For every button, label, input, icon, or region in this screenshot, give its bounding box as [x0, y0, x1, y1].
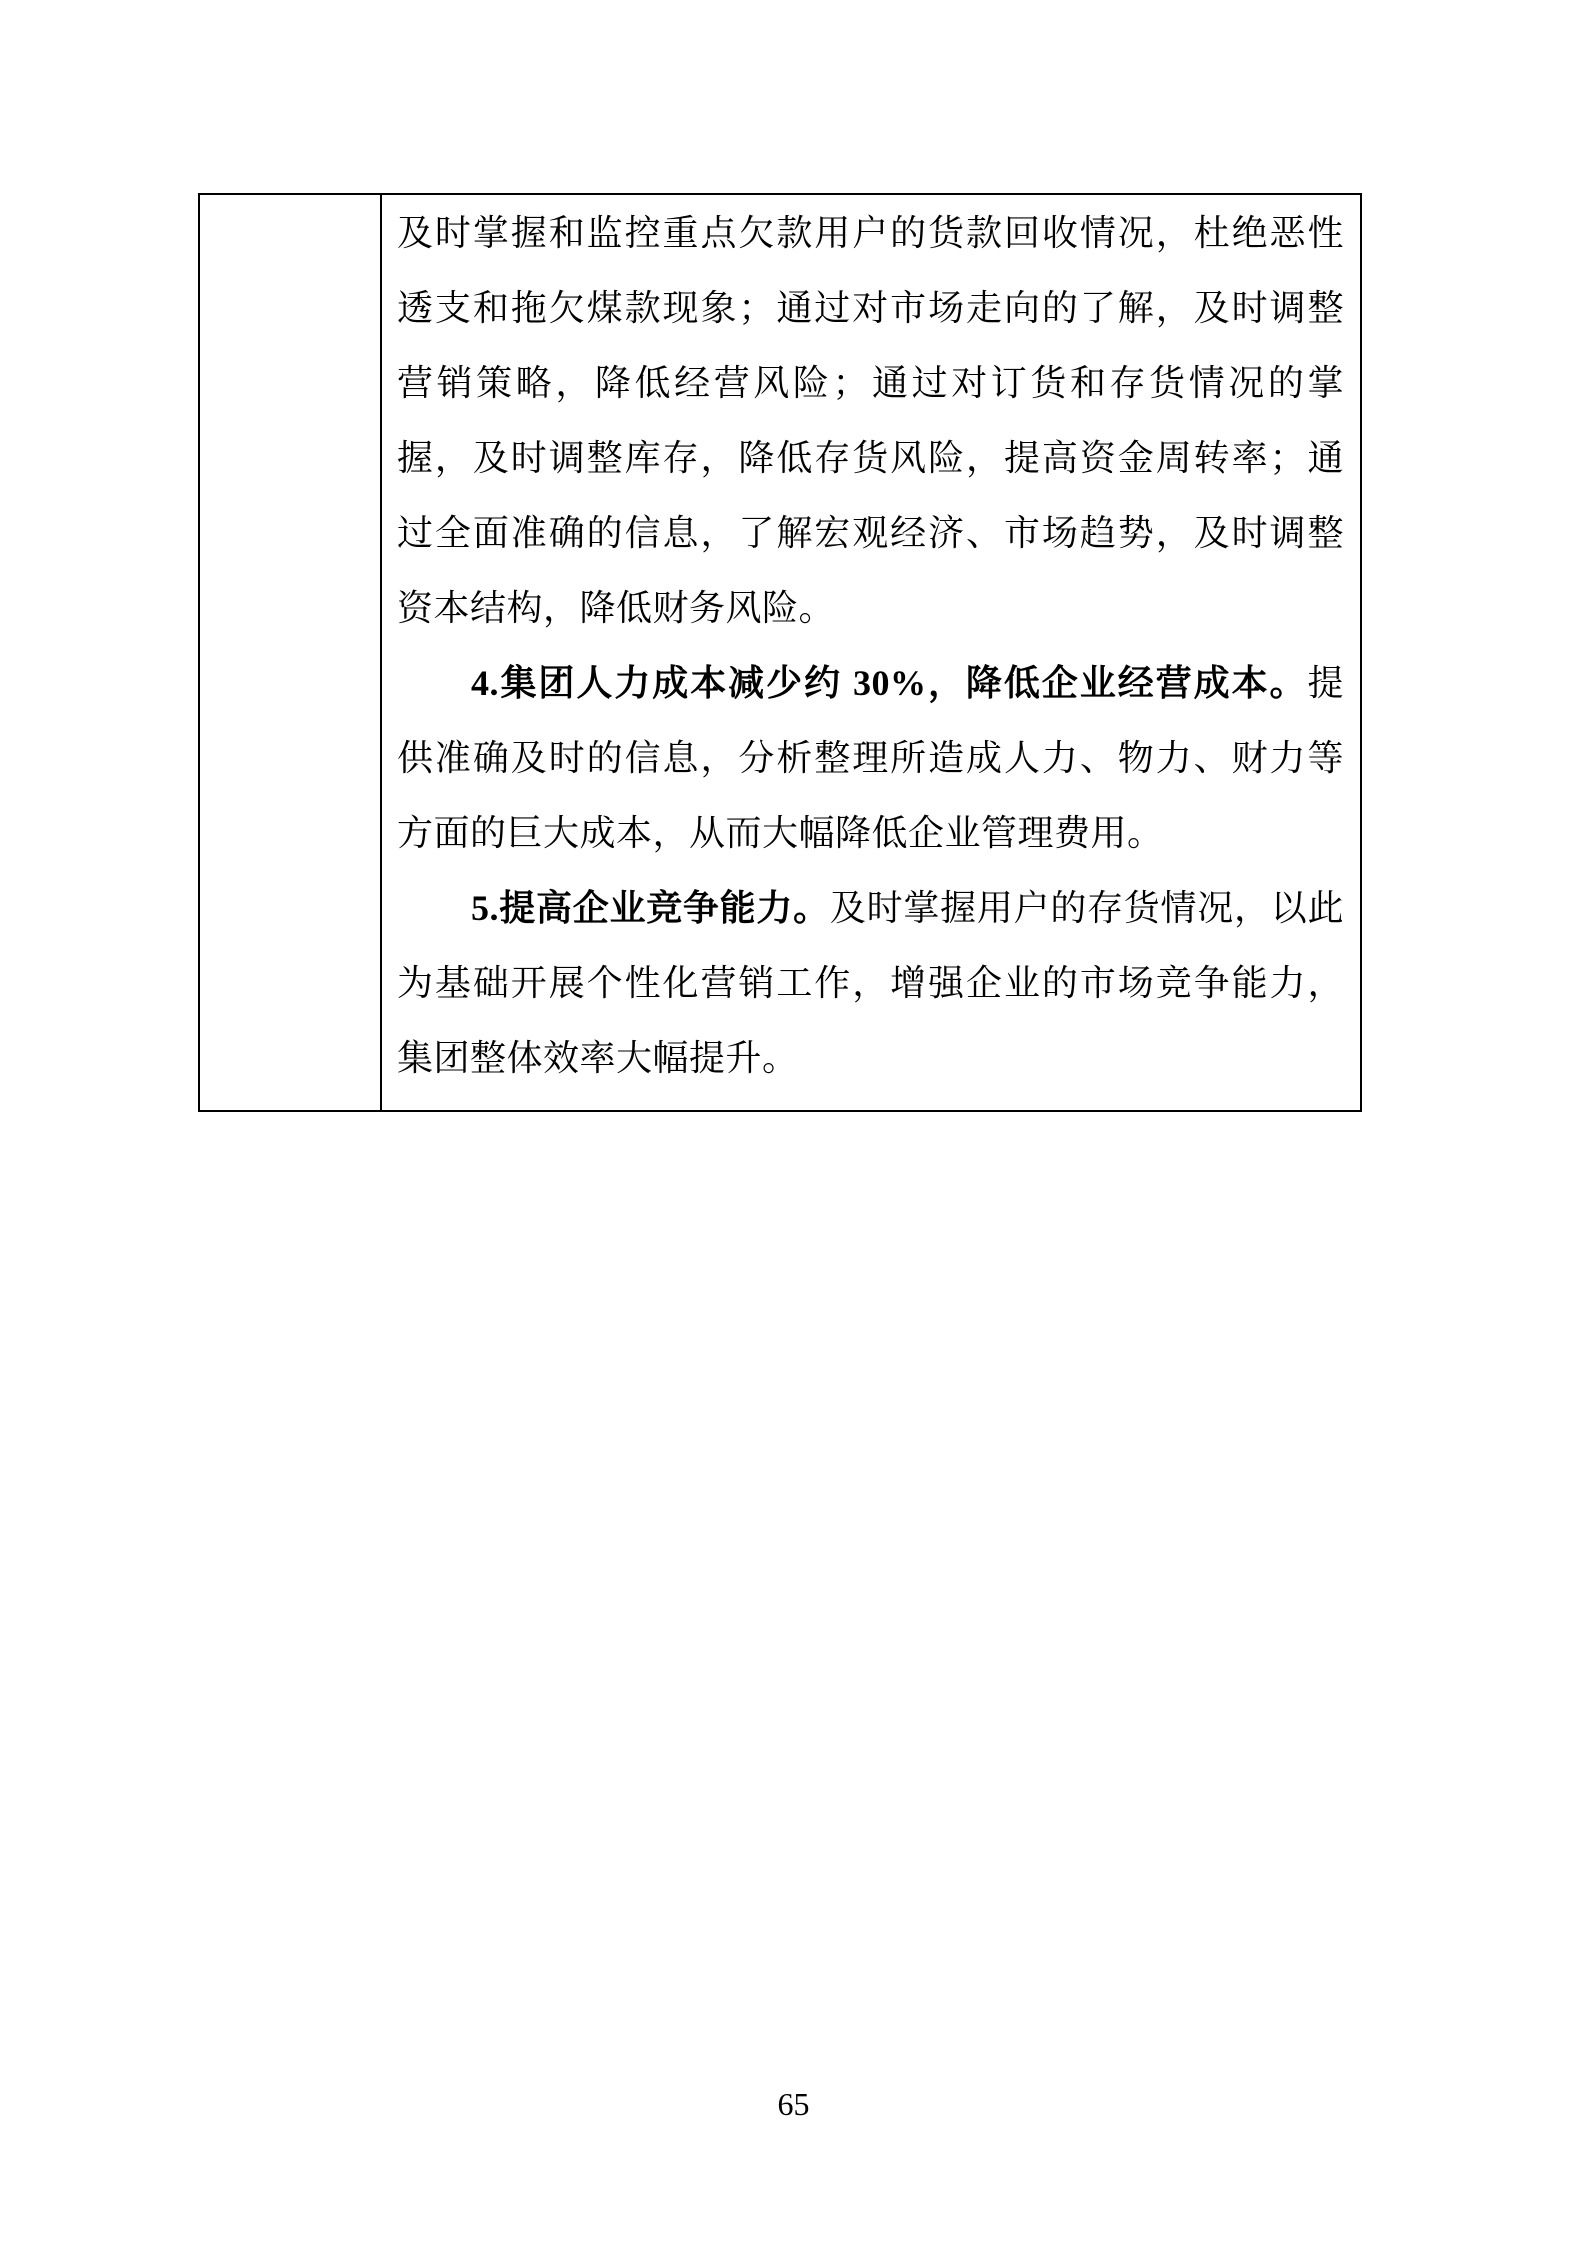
point5-heading: 5.提高企业竞争能力。 [471, 888, 830, 928]
paragraph-point4: 4.集团人力成本减少约 30%，降低企业经营成本。提供准确及时的信息，分析整理所… [397, 646, 1344, 871]
paragraph-point5: 5.提高企业竞争能力。及时掌握用户的存货情况，以此为基础开展个性化营销工作，增强… [397, 871, 1344, 1096]
document-page: 及时掌握和监控重点欠款用户的货款回收情况，杜绝恶性透支和拖欠煤款现象；通过对市场… [0, 0, 1587, 2245]
table-cell-empty [200, 195, 382, 1110]
point4-heading: 4.集团人力成本减少约 30%，降低企业经营成本。 [471, 663, 1307, 703]
page-number: 65 [0, 2084, 1587, 2124]
content-table: 及时掌握和监控重点欠款用户的货款回收情况，杜绝恶性透支和拖欠煤款现象；通过对市场… [198, 193, 1362, 1112]
paragraph-continuation: 及时掌握和监控重点欠款用户的货款回收情况，杜绝恶性透支和拖欠煤款现象；通过对市场… [397, 196, 1344, 646]
table-cell-text: 及时掌握和监控重点欠款用户的货款回收情况，杜绝恶性透支和拖欠煤款现象；通过对市场… [382, 195, 1360, 1110]
